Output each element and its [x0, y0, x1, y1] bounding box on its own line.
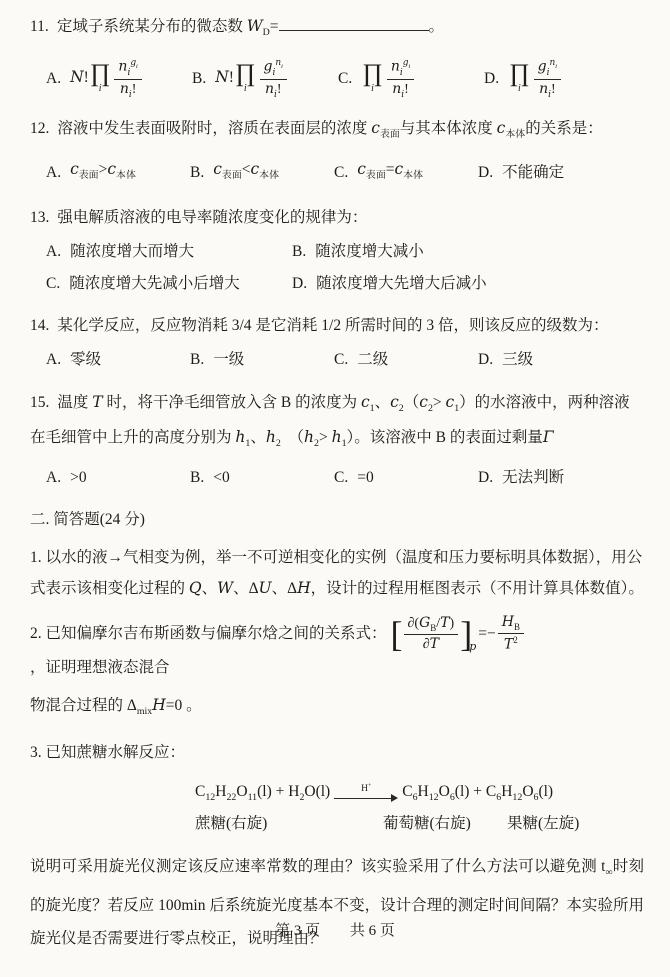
question-11-option-c: C.∏inigini!	[338, 57, 484, 100]
option-label: C.	[46, 270, 60, 298]
option-body: c表面>c本体	[70, 155, 136, 190]
question-12-option-d: D.不能确定	[478, 159, 564, 187]
option-body: 随浓度增大而增大	[70, 238, 194, 266]
option-body: 随浓度增大先减小后增大	[69, 270, 240, 298]
section-2-heading: 二. 简答题(24 分)	[30, 506, 644, 534]
option-body: 二级	[357, 346, 388, 374]
option-label: C.	[334, 464, 348, 492]
fructose-label: 果糖(左旋)	[507, 812, 579, 836]
section-2-question-2-line1: 2. 已知偏摩尔吉布斯函数与偏摩尔焓之间的关系式： [∂(GB/T)∂T]p =…	[30, 614, 644, 682]
option-body: ∏inigini!	[361, 57, 416, 100]
question-15-option-d: D.无法判断	[478, 464, 564, 492]
option-label: C.	[338, 65, 352, 93]
sucrose-label: 蔗糖(右旋)	[195, 812, 383, 836]
question-12-text: 溶液中发生表面吸附时，溶质在表面层的浓度 c表面与其本体浓度 c本体的关系是：	[57, 120, 602, 137]
option-body: =0	[357, 464, 374, 492]
option-body: N!∏inigini!	[70, 57, 144, 100]
option-label: C.	[334, 346, 348, 374]
question-15-option-c: C.=0	[334, 464, 478, 492]
question-15-number: 15.	[30, 394, 49, 411]
option-label: A.	[46, 464, 61, 492]
question-15: 15.温度 T 时，将干净毛细管放入含 B 的浓度为 c1、c2（c2> c1）…	[30, 388, 644, 492]
footer-total-pages: 共 6 页	[350, 923, 395, 939]
option-body: 三级	[502, 346, 533, 374]
q2-suffix: ，证明理想液态混合	[30, 654, 170, 682]
option-label: A.	[46, 65, 61, 93]
option-body: 零级	[70, 346, 101, 374]
question-13-stem: 13.强电解质溶液的电导率随浓度变化的规律为：	[30, 204, 644, 232]
option-label: D.	[478, 346, 493, 374]
option-body: 无法判断	[502, 464, 564, 492]
footer-page-number: 第 3 页	[275, 923, 320, 939]
partial-molar-gibbs-formula: [∂(GB/T)∂T]p =−HBT2	[391, 614, 526, 654]
question-15-text: 温度 T 时，将干净毛细管放入含 B 的浓度为 c1、c2（c2> c1）的水溶…	[30, 394, 630, 446]
glucose-label: 葡萄糖(右旋)	[383, 812, 507, 836]
question-13-number: 13.	[30, 209, 49, 226]
option-body: c表面<c本体	[213, 155, 279, 190]
option-body: 随浓度增大减小	[315, 238, 424, 266]
question-12-option-a: A.c表面>c本体	[46, 155, 190, 190]
option-label: C.	[334, 159, 348, 187]
option-label: D.	[484, 65, 499, 93]
option-body: 不能确定	[502, 159, 564, 187]
question-13-options-row2: C.随浓度增大先减小后增大 D.随浓度增大先增大后减小	[30, 270, 644, 298]
question-15-stem: 15.温度 T 时，将干净毛细管放入含 B 的浓度为 c1、c2（c2> c1）…	[30, 388, 644, 458]
question-11-options: A.N!∏inigini! B.N!∏iginini! C.∏inigini! …	[30, 57, 644, 100]
option-label: B.	[292, 238, 306, 266]
option-label: A.	[46, 159, 61, 187]
option-label: D.	[478, 159, 493, 187]
question-14-option-c: C.二级	[334, 346, 478, 374]
option-body: ∏iginini!	[508, 57, 563, 100]
reaction-species-labels: 蔗糖(右旋) 葡萄糖(右旋) 果糖(左旋)	[30, 812, 644, 836]
question-12-option-c: C.c表面=c本体	[334, 155, 478, 190]
option-label: D.	[292, 270, 307, 298]
option-label: B.	[190, 464, 204, 492]
section-2-question-2-line2: 物混合过程的 ΔmixH=0 。	[30, 690, 644, 727]
question-15-options: A.>0 B.<0 C.=0 D.无法判断	[30, 464, 644, 492]
sucrose-hydrolysis-reaction: C12H22O11(l) + H2O(l)H+C6H12O6(l) + C6H1…	[30, 780, 644, 810]
question-14: 14.某化学反应，反应物消耗 3/4 是它消耗 1/2 所需时间的 3 倍，则该…	[30, 312, 644, 374]
page-footer: 第 3 页 共 6 页	[0, 917, 670, 945]
question-13: 13.强电解质溶液的电导率随浓度变化的规律为： A.随浓度增大而增大 B.随浓度…	[30, 204, 644, 298]
question-11: 11.定域子系统某分布的微态数 WD=。 A.N!∏inigini! B.N!∏…	[30, 12, 644, 100]
option-body: <0	[213, 464, 230, 492]
question-11-option-a: A.N!∏inigini!	[46, 57, 192, 100]
question-12: 12.溶液中发生表面吸附时，溶质在表面层的浓度 c表面与其本体浓度 c本体的关系…	[30, 114, 644, 190]
question-13-option-c: C.随浓度增大先减小后增大	[46, 270, 292, 298]
option-label: D.	[478, 464, 493, 492]
question-14-option-a: A.零级	[46, 346, 190, 374]
question-15-option-a: A.>0	[46, 464, 190, 492]
question-14-text: 某化学反应，反应物消耗 3/4 是它消耗 1/2 所需时间的 3 倍，则该反应的…	[57, 317, 608, 334]
question-14-options: A.零级 B.一级 C.二级 D.三级	[30, 346, 644, 374]
option-body: 一级	[213, 346, 244, 374]
section-2-question-3-heading: 3. 已知蔗糖水解反应：	[30, 737, 644, 768]
question-12-stem: 12.溶液中发生表面吸附时，溶质在表面层的浓度 c表面与其本体浓度 c本体的关系…	[30, 114, 644, 149]
option-body: >0	[70, 464, 87, 492]
question-11-text: 定域子系统某分布的微态数 WD=。	[57, 18, 444, 35]
option-label: A.	[46, 238, 61, 266]
q2-prefix: 2. 已知偏摩尔吉布斯函数与偏摩尔焓之间的关系式：	[30, 620, 387, 648]
question-12-number: 12.	[30, 120, 49, 137]
question-11-option-d: D.∏iginini!	[484, 57, 630, 100]
question-14-option-b: B.一级	[190, 346, 334, 374]
question-11-stem: 11.定域子系统某分布的微态数 WD=。	[30, 12, 644, 47]
question-13-text: 强电解质溶液的电导率随浓度变化的规律为：	[57, 209, 367, 226]
option-label: B.	[190, 346, 204, 374]
section-2-question-1: 1. 以水的液→气相变为例，举一不可逆相变化的实例（温度和压力要标明具体数据），…	[30, 542, 644, 604]
option-label: B.	[190, 159, 204, 187]
question-13-option-a: A.随浓度增大而增大	[46, 238, 292, 266]
question-12-option-b: B.c表面<c本体	[190, 155, 334, 190]
question-14-option-d: D.三级	[478, 346, 533, 374]
question-14-number: 14.	[30, 317, 49, 334]
option-label: A.	[46, 346, 61, 374]
exam-page: 11.定域子系统某分布的微态数 WD=。 A.N!∏inigini! B.N!∏…	[0, 0, 670, 977]
option-label: B.	[192, 65, 206, 93]
option-body: N!∏iginini!	[215, 57, 289, 100]
question-11-number: 11.	[30, 18, 49, 35]
question-13-option-b: B.随浓度增大减小	[292, 238, 538, 266]
question-11-option-b: B.N!∏iginini!	[192, 57, 338, 100]
question-13-option-d: D.随浓度增大先增大后减小	[292, 270, 538, 298]
question-13-options-row1: A.随浓度增大而增大 B.随浓度增大减小	[30, 238, 644, 266]
question-15-option-b: B.<0	[190, 464, 334, 492]
option-body: c表面=c本体	[357, 155, 423, 190]
question-14-stem: 14.某化学反应，反应物消耗 3/4 是它消耗 1/2 所需时间的 3 倍，则该…	[30, 312, 644, 340]
option-body: 随浓度增大先增大后减小	[316, 270, 487, 298]
question-12-options: A.c表面>c本体 B.c表面<c本体 C.c表面=c本体 D.不能确定	[30, 155, 644, 190]
